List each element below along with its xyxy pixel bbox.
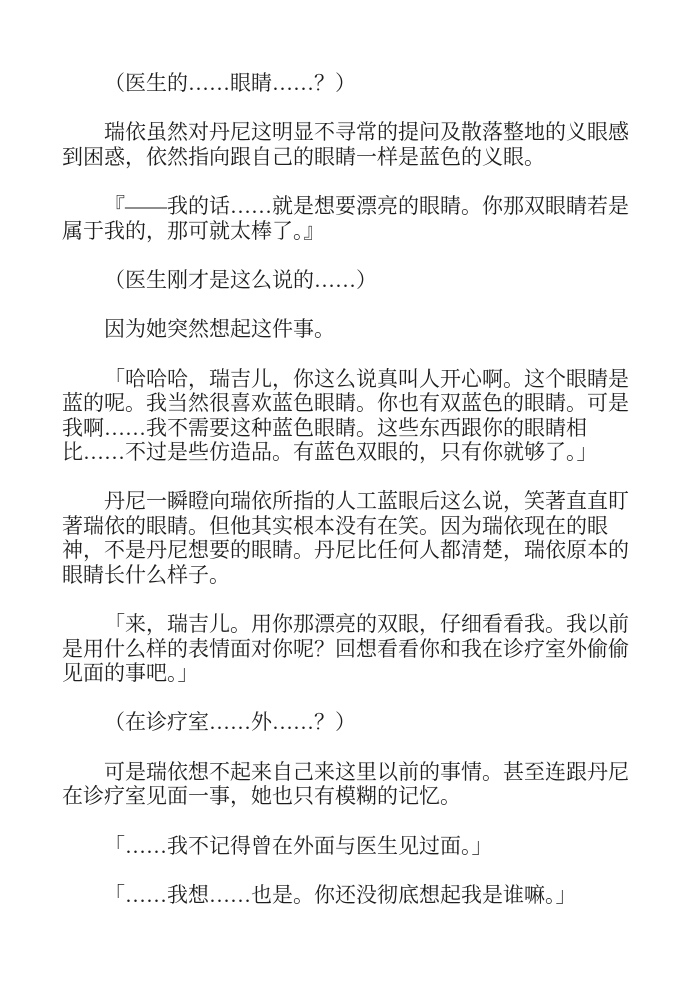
paragraph-05: 因为她突然想起这件事。	[62, 317, 642, 341]
paragraph-10: 可是瑞依想不起来自己来这里以前的事情。甚至连跟丹尼 在诊疗室见面一事，她也只有模…	[62, 760, 642, 809]
novel-page: （医生的……眼睛……？） 瑞依虽然对丹尼这明显不寻常的提问及散落整地的义眼感 到…	[0, 0, 700, 992]
paragraph-09: （在诊疗室……外……？）	[62, 710, 642, 734]
paragraph-08: 「来，瑞吉儿。用你那漂亮的双眼，仔细看看我。我以前 是用什么样的表情面对你呢？回…	[62, 612, 642, 685]
paragraph-07: 丹尼一瞬瞪向瑞依所指的人工蓝眼后这么说，笑著直直盯 著瑞依的眼睛。但他其实根本没…	[62, 489, 642, 587]
paragraph-11: 「……我不记得曾在外面与医生见过面。」	[62, 834, 642, 858]
paragraph-06: 「哈哈哈，瑞吉儿，你这么说真叫人开心啊。这个眼睛是 蓝的呢。我当然很喜欢蓝色眼睛…	[62, 367, 642, 465]
paragraph-04: （医生刚才是这么说的……）	[62, 268, 642, 292]
paragraph-03: 『——我的话……就是想要漂亮的眼睛。你那双眼睛若是 属于我的，那可就太棒了。』	[62, 194, 642, 243]
paragraph-02: 瑞依虽然对丹尼这明显不寻常的提问及散落整地的义眼感 到困惑，依然指向跟自己的眼睛…	[62, 120, 642, 169]
paragraph-01: （医生的……眼睛……？）	[62, 71, 642, 95]
paragraph-12: 「……我想……也是。你还没彻底想起我是谁嘛。」	[62, 883, 642, 907]
